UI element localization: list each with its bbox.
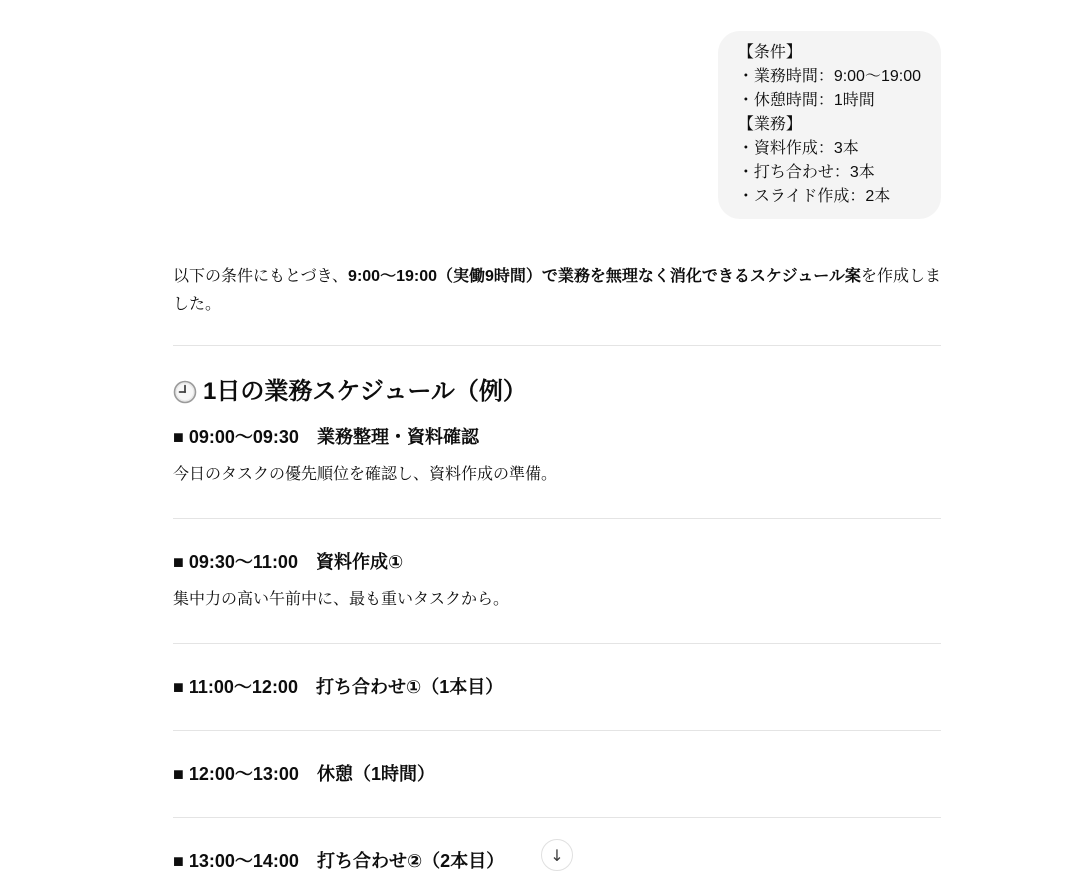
user-message-line: 【条件】 <box>738 41 921 65</box>
schedule-section: ■ 12:00〜13:00 休憩（1時間） <box>173 761 941 787</box>
schedule-heading-text: 1日の業務スケジュール（例） <box>203 376 527 408</box>
schedule-section: ■ 09:30〜11:00 資料作成① 集中力の高い午前中に、最も重いタスクから… <box>173 549 941 613</box>
divider <box>173 730 941 731</box>
intro-text-before: 以下の条件にもとづき、 <box>173 268 348 285</box>
arrow-down-icon: ↓ <box>550 846 563 865</box>
user-message-line: ・打ち合わせ：3本 <box>738 161 921 185</box>
slot-title: ■ 11:00〜12:00 打ち合わせ①（1本目） <box>173 674 941 700</box>
user-message-line: ・資料作成：3本 <box>738 137 921 161</box>
schedule-heading: 1日の業務スケジュール（例） <box>173 376 941 408</box>
scroll-to-bottom-button[interactable]: ↓ <box>541 839 573 871</box>
assistant-intro-paragraph: 以下の条件にもとづき、9:00〜19:00（実働9時間）で業務を無理なく消化でき… <box>173 263 941 319</box>
slot-body: 集中力の高い午前中に、最も重いタスクから。 <box>173 587 941 613</box>
schedule-section: ■ 11:00〜12:00 打ち合わせ①（1本目） <box>173 674 941 700</box>
clock-icon <box>173 380 197 404</box>
divider <box>173 345 941 346</box>
slot-body: 今日のタスクの優先順位を確認し、資料作成の準備。 <box>173 462 941 488</box>
schedule-section: ■ 09:00〜09:30 業務整理・資料確認 今日のタスクの優先順位を確認し、… <box>173 424 941 488</box>
divider <box>173 817 941 818</box>
slot-title: ■ 09:30〜11:00 資料作成① <box>173 549 941 575</box>
user-message-row: 【条件】 ・業務時間：9:00〜19:00 ・休憩時間：1時間 【業務】 ・資料… <box>173 31 941 219</box>
user-message-line: ・休憩時間：1時間 <box>738 89 921 113</box>
user-message-line: ・業務時間：9:00〜19:00 <box>738 65 921 89</box>
user-message-line: ・スライド作成：2本 <box>738 185 921 209</box>
divider <box>173 518 941 519</box>
intro-text-bold: 9:00〜19:00（実働9時間）で業務を無理なく消化できるスケジュール案 <box>348 268 861 285</box>
user-message-line: 【業務】 <box>738 113 921 137</box>
assistant-message: 以下の条件にもとづき、9:00〜19:00（実働9時間）で業務を無理なく消化でき… <box>173 263 941 874</box>
slot-title: ■ 09:00〜09:30 業務整理・資料確認 <box>173 424 941 450</box>
divider <box>173 643 941 644</box>
slot-title: ■ 12:00〜13:00 休憩（1時間） <box>173 761 941 787</box>
chat-conversation: 【条件】 ・業務時間：9:00〜19:00 ・休憩時間：1時間 【業務】 ・資料… <box>173 0 941 874</box>
user-message-bubble: 【条件】 ・業務時間：9:00〜19:00 ・休憩時間：1時間 【業務】 ・資料… <box>718 31 941 219</box>
